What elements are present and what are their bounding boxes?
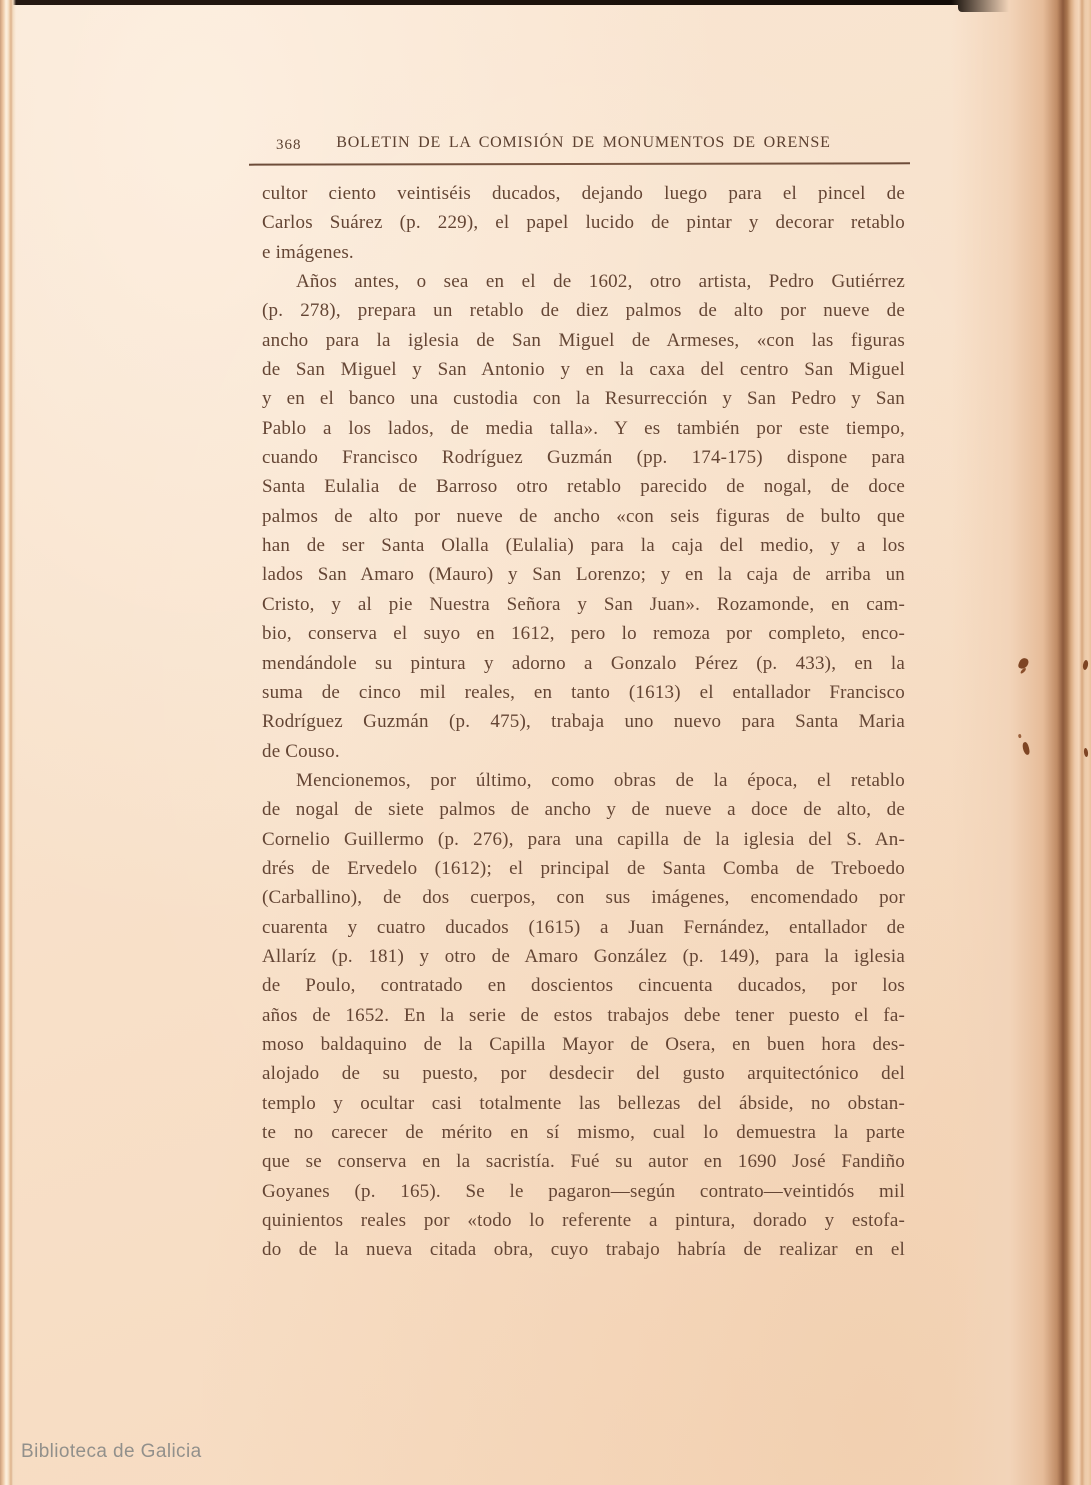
text-line: Goyanes (p. 165). Se le pagaron—según co… [262, 1177, 905, 1206]
text-line: drés de Ervedelo (1612); el principal de… [262, 854, 905, 883]
text-line: te no carecer de mérito en sí mismo, cua… [262, 1118, 905, 1147]
text-line: Cristo, y al pie Nuestra Señora y San Ju… [262, 590, 905, 619]
text-line: han de ser Santa Olalla (Eulalia) para l… [262, 531, 905, 560]
text-line: ancho para la iglesia de San Miguel de A… [262, 326, 905, 355]
text-line: cuarenta y cuatro ducados (1615) a Juan … [262, 913, 905, 942]
text-line: mendándole su pintura y adorno a Gonzalo… [262, 649, 905, 678]
text-line: de nogal de siete palmos de ancho y de n… [262, 795, 905, 824]
text-line: Carlos Suárez (p. 229), el papel lucido … [262, 208, 905, 237]
text-line: de Poulo, contratado en doscientos cincu… [262, 971, 905, 1000]
text-line: Mencionemos, por último, como obras de l… [262, 766, 905, 795]
text-line: años de 1652. En la serie de estos traba… [262, 1001, 905, 1030]
text-line: Rodríguez Guzmán (p. 475), trabaja uno n… [262, 707, 905, 736]
text-line: Pablo a los lados, de media talla». Y es… [262, 414, 905, 443]
body-text: cultor ciento veintiséis ducados, dejand… [262, 179, 905, 1265]
text-line: quinientos reales por «todo lo referente… [262, 1206, 905, 1235]
text-line: cuando Francisco Rodríguez Guzmán (pp. 1… [262, 443, 905, 472]
text-line: bio, conserva el suyo en 1612, pero lo r… [262, 619, 905, 648]
text-line: Años antes, o sea en el de 1602, otro ar… [262, 267, 905, 296]
header-rule [249, 162, 910, 165]
library-watermark: Biblioteca de Galicia [21, 1441, 202, 1463]
page-number: 368 [276, 137, 302, 154]
text-line: de San Miguel y San Antonio y en la caxa… [262, 355, 905, 384]
text-line: de Couso. [262, 737, 905, 766]
book-top-edge [0, 0, 1091, 5]
text-line: do de la nueva citada obra, cuyo trabajo… [262, 1235, 905, 1264]
text-line: y en el banco una custodia con la Resurr… [262, 384, 905, 413]
text-line: suma de cinco mil reales, en tanto (1613… [262, 678, 905, 707]
text-line: e imágenes. [262, 238, 905, 267]
text-line: lados San Amaro (Mauro) y San Lorenzo; y… [262, 560, 905, 589]
text-line: (p. 278), prepara un retablo de diez pal… [262, 296, 905, 325]
text-line: Santa Eulalia de Barroso otro retablo pa… [262, 472, 905, 501]
text-line: alojado de su puesto, por desdecir del g… [262, 1059, 905, 1088]
text-line: Allaríz (p. 181) y otro de Amaro Gonzále… [262, 942, 905, 971]
text-line: palmos de alto por nueve de ancho «con s… [262, 502, 905, 531]
book-page-photo: 368 BOLETIN DE LA COMISIÓN DE MONUMENTOS… [0, 0, 1091, 1485]
text-line: cultor ciento veintiséis ducados, dejand… [262, 179, 905, 208]
text-line: Cornelio Guillermo (p. 276), para una ca… [262, 825, 905, 854]
printed-page: 368 BOLETIN DE LA COMISIÓN DE MONUMENTOS… [262, 130, 905, 1265]
text-line: que se conserva en la sacristía. Fué su … [262, 1147, 905, 1176]
journal-title: BOLETIN DE LA COMISIÓN DE MONUMENTOS DE … [262, 134, 905, 152]
page-left-edge [0, 0, 16, 1485]
text-line: templo y ocultar casi totalmente las bel… [262, 1089, 905, 1118]
binding-gutter [951, 0, 1091, 1485]
text-line: (Carballino), de dos cuerpos, con sus im… [262, 883, 905, 912]
running-header: 368 BOLETIN DE LA COMISIÓN DE MONUMENTOS… [262, 134, 905, 156]
text-line: moso baldaquino de la Capilla Mayor de O… [262, 1030, 905, 1059]
